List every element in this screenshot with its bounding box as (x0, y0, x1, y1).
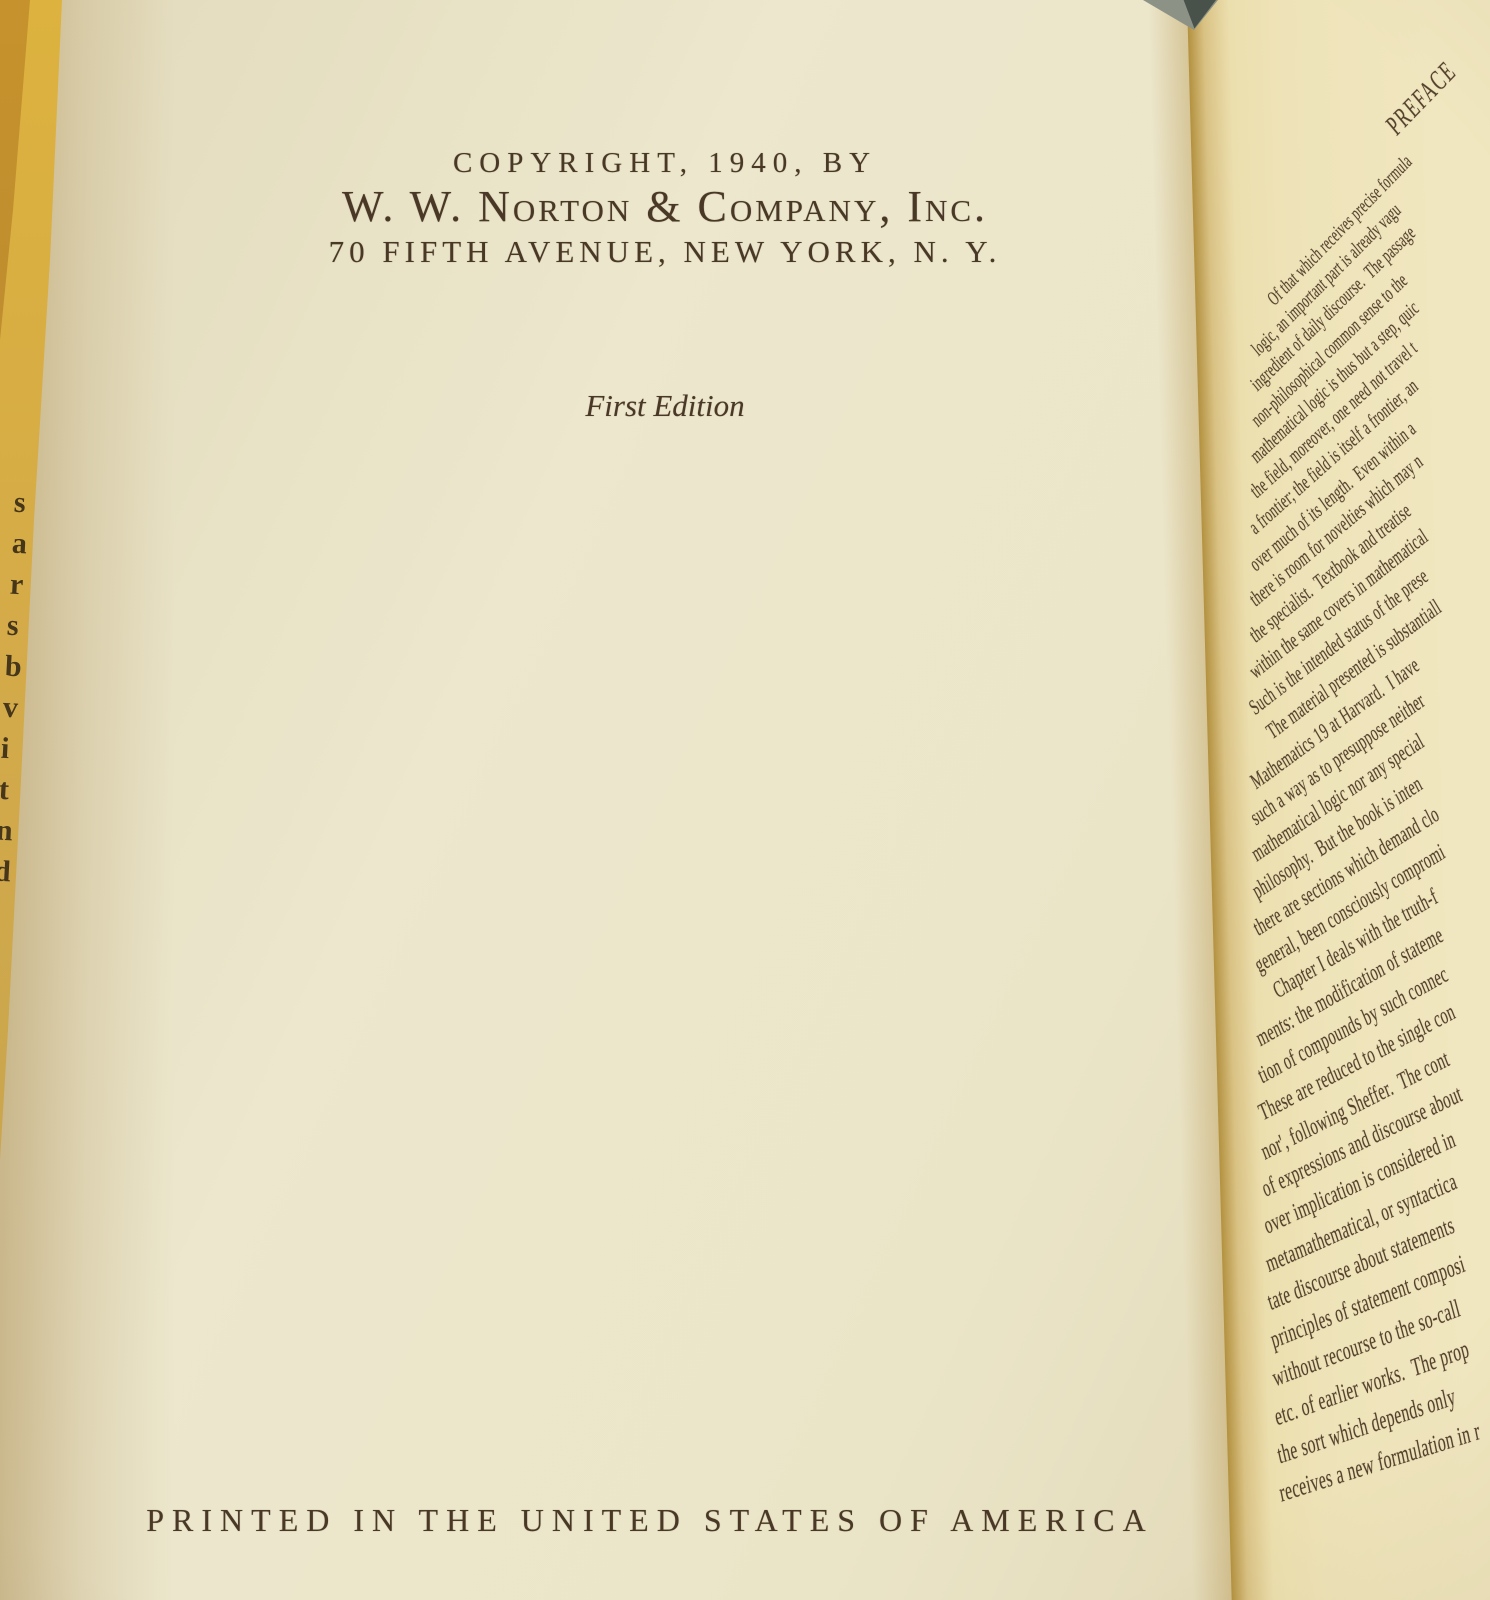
jacket-text-fragment: a (11, 527, 28, 562)
jacket-text-fragment: s (7, 609, 20, 644)
edition-notice: First Edition (160, 388, 1170, 424)
printed-notice: PRINTED IN THE UNITED STATES OF AMERICA (145, 1502, 1155, 1539)
publisher-line: W. W. Norton & Company, Inc. (160, 182, 1170, 232)
copyright-line: COPYRIGHT, 1940, BY (160, 146, 1170, 180)
jacket-text-fragment: v (2, 691, 19, 726)
jacket-text-fragment: i (0, 732, 10, 766)
jacket-text-fragment: n (0, 814, 14, 849)
jacket-text-fragment: d (0, 855, 12, 890)
jacket-text-fragment: r (9, 568, 24, 603)
jacket-text-fragment: s (13, 486, 26, 521)
copyright-block: COPYRIGHT, 1940, BY W. W. Norton & Compa… (160, 146, 1170, 270)
book-photo: sarsbvitnd COPYRIGHT, 1940, BY W. W. Nor… (0, 0, 1490, 1600)
address-line: 70 FIFTH AVENUE, NEW YORK, N. Y. (160, 234, 1170, 270)
jacket-text-fragment: b (4, 650, 22, 685)
jacket-text-fragment: t (0, 773, 9, 807)
